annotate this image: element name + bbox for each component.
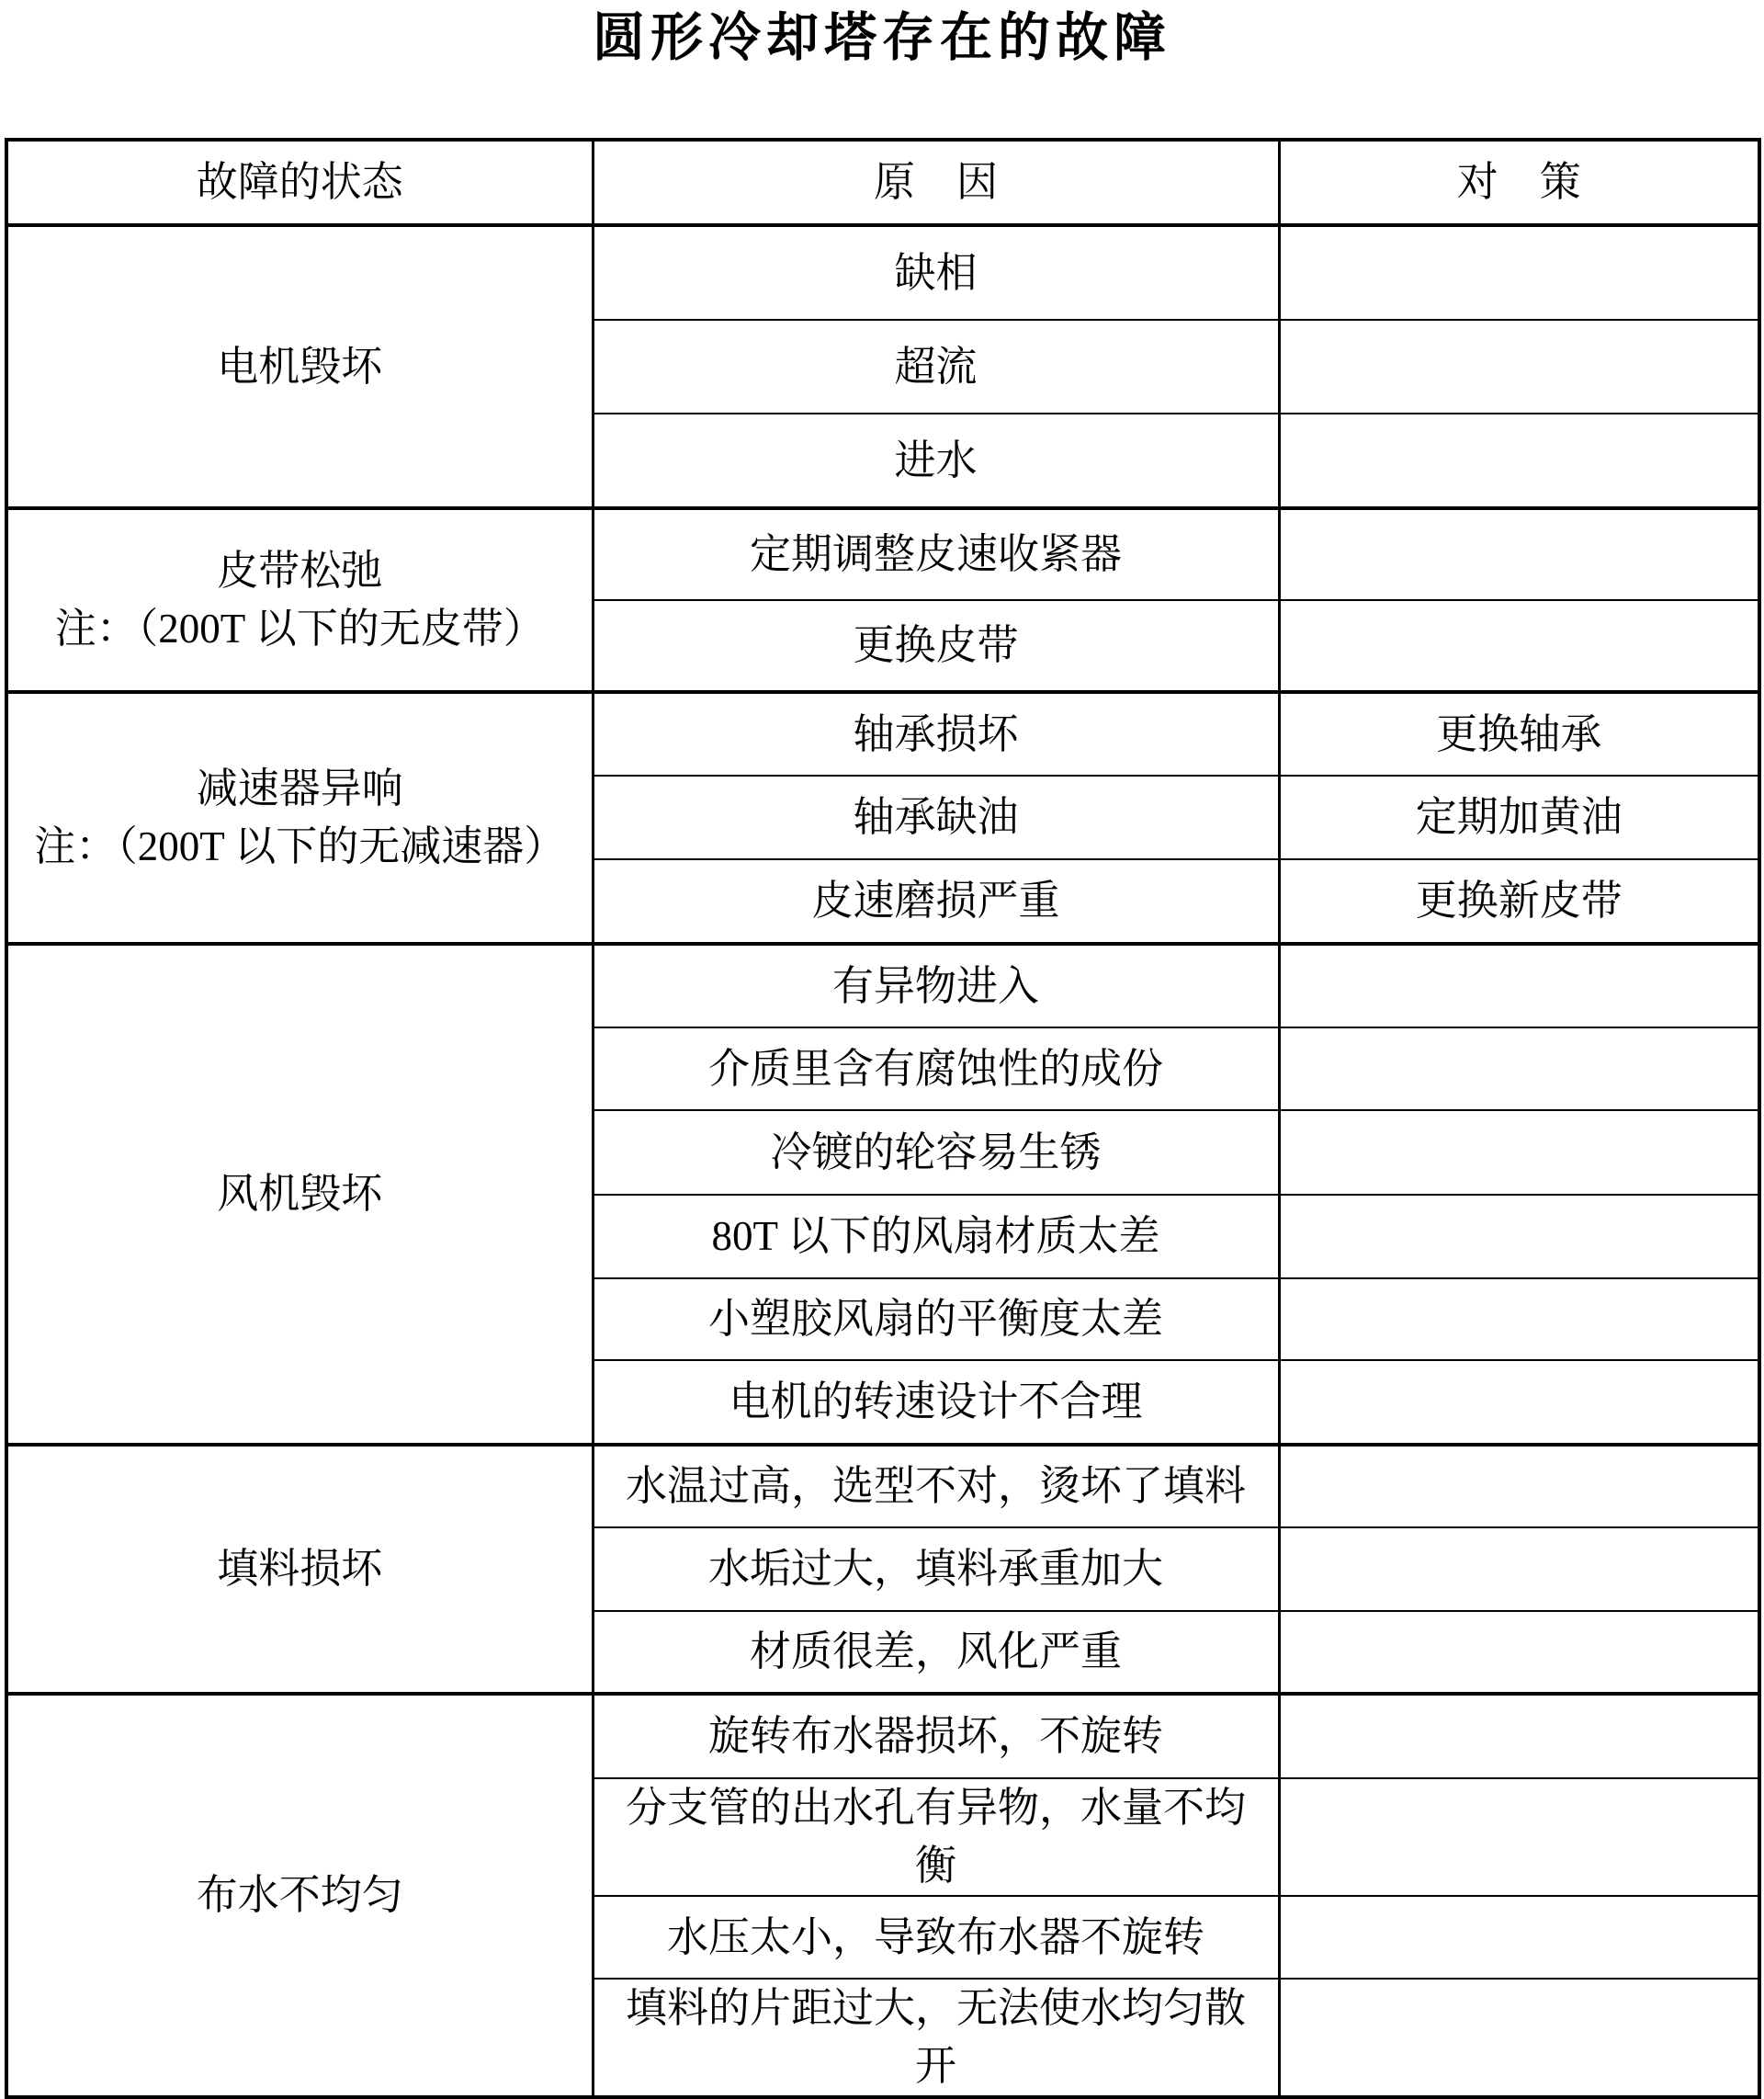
- table-row: 电机毁坏 缺相: [6, 225, 1759, 320]
- action-cell: 定期加黄油: [1279, 776, 1759, 859]
- action-cell: [1279, 1027, 1759, 1110]
- col-header-cause: 原 因: [593, 140, 1279, 225]
- table-row: 减速器异响 注：（200T 以下的无减速器） 轴承损坏 更换轴承: [6, 692, 1759, 776]
- cause-cell: 小塑胶风扇的平衡度太差: [593, 1278, 1279, 1360]
- action-cell: [1279, 225, 1759, 320]
- cause-cell: 分支管的出水孔有异物，水量不均衡: [593, 1778, 1279, 1896]
- cause-cell: 有异物进入: [593, 944, 1279, 1027]
- cause-cell: 定期调整皮速收紧器: [593, 508, 1279, 600]
- state-cell: 填料损坏: [6, 1445, 593, 1694]
- col-header-action: 对 策: [1279, 140, 1759, 225]
- state-cell: 减速器异响 注：（200T 以下的无减速器）: [6, 692, 593, 944]
- action-cell: [1279, 414, 1759, 508]
- cause-cell: 旋转布水器损坏，不旋转: [593, 1694, 1279, 1778]
- state-cell: 电机毁坏: [6, 225, 593, 508]
- state-note: 注：（200T 以下的无减速器）: [21, 818, 579, 876]
- state-cell: 布水不均匀: [6, 1694, 593, 2097]
- action-cell: [1279, 1195, 1759, 1278]
- document-page: 圆形冷却塔存在的故障 故障的状态 原 因 对 策 电机毁坏 缺相: [0, 0, 1764, 2099]
- action-cell: [1279, 1445, 1759, 1527]
- state-label: 减速器异响: [21, 760, 579, 818]
- state-label: 风机毁坏: [21, 1165, 579, 1223]
- action-cell: [1279, 1527, 1759, 1611]
- cause-cell: 水温过高，选型不对，烫坏了填料: [593, 1445, 1279, 1527]
- state-cell: 皮带松弛 注：（200T 以下的无皮带）: [6, 508, 593, 692]
- cause-cell: 电机的转速设计不合理: [593, 1360, 1279, 1445]
- cause-cell: 皮速磨损严重: [593, 859, 1279, 944]
- table-row: 布水不均匀 旋转布水器损坏，不旋转: [6, 1694, 1759, 1778]
- action-cell: [1279, 1278, 1759, 1360]
- table-row: 风机毁坏 有异物进入: [6, 944, 1759, 1027]
- action-cell: [1279, 1896, 1759, 1979]
- cause-cell: 水压太小，导致布水器不旋转: [593, 1896, 1279, 1979]
- col-header-state: 故障的状态: [6, 140, 593, 225]
- action-cell: [1279, 1979, 1759, 2097]
- cause-cell: 介质里含有腐蚀性的成份: [593, 1027, 1279, 1110]
- state-label: 电机毁坏: [21, 338, 579, 396]
- header-row: 故障的状态 原 因 对 策: [6, 140, 1759, 225]
- cause-cell: 材质很差，风化严重: [593, 1611, 1279, 1694]
- fault-table: 故障的状态 原 因 对 策 电机毁坏 缺相 超流 进水: [5, 138, 1761, 2099]
- cause-cell: 轴承损坏: [593, 692, 1279, 776]
- cause-cell: 冷镀的轮容易生锈: [593, 1110, 1279, 1195]
- cause-cell: 缺相: [593, 225, 1279, 320]
- cause-cell: 80T 以下的风扇材质太差: [593, 1195, 1279, 1278]
- state-label: 皮带松弛: [21, 542, 579, 600]
- action-cell: 更换新皮带: [1279, 859, 1759, 944]
- page-title: 圆形冷却塔存在的故障: [0, 9, 1764, 68]
- action-cell: [1279, 1778, 1759, 1896]
- action-cell: [1279, 1694, 1759, 1778]
- action-cell: [1279, 508, 1759, 600]
- action-cell: [1279, 1360, 1759, 1445]
- action-cell: [1279, 320, 1759, 414]
- action-cell: [1279, 944, 1759, 1027]
- action-cell: [1279, 1611, 1759, 1694]
- state-note: 注：（200T 以下的无皮带）: [21, 600, 579, 658]
- cause-cell: 填料的片距过大，无法使水均匀散开: [593, 1979, 1279, 2097]
- state-label: 布水不均匀: [21, 1866, 579, 1924]
- state-label: 填料损坏: [21, 1540, 579, 1598]
- cause-cell: 更换皮带: [593, 600, 1279, 692]
- action-cell: [1279, 1110, 1759, 1195]
- table-row: 填料损坏 水温过高，选型不对，烫坏了填料: [6, 1445, 1759, 1527]
- cause-cell: 进水: [593, 414, 1279, 508]
- state-cell: 风机毁坏: [6, 944, 593, 1445]
- cause-cell: 轴承缺油: [593, 776, 1279, 859]
- table-row: 皮带松弛 注：（200T 以下的无皮带） 定期调整皮速收紧器: [6, 508, 1759, 600]
- action-cell: 更换轴承: [1279, 692, 1759, 776]
- cause-cell: 水垢过大，填料承重加大: [593, 1527, 1279, 1611]
- cause-cell: 超流: [593, 320, 1279, 414]
- action-cell: [1279, 600, 1759, 692]
